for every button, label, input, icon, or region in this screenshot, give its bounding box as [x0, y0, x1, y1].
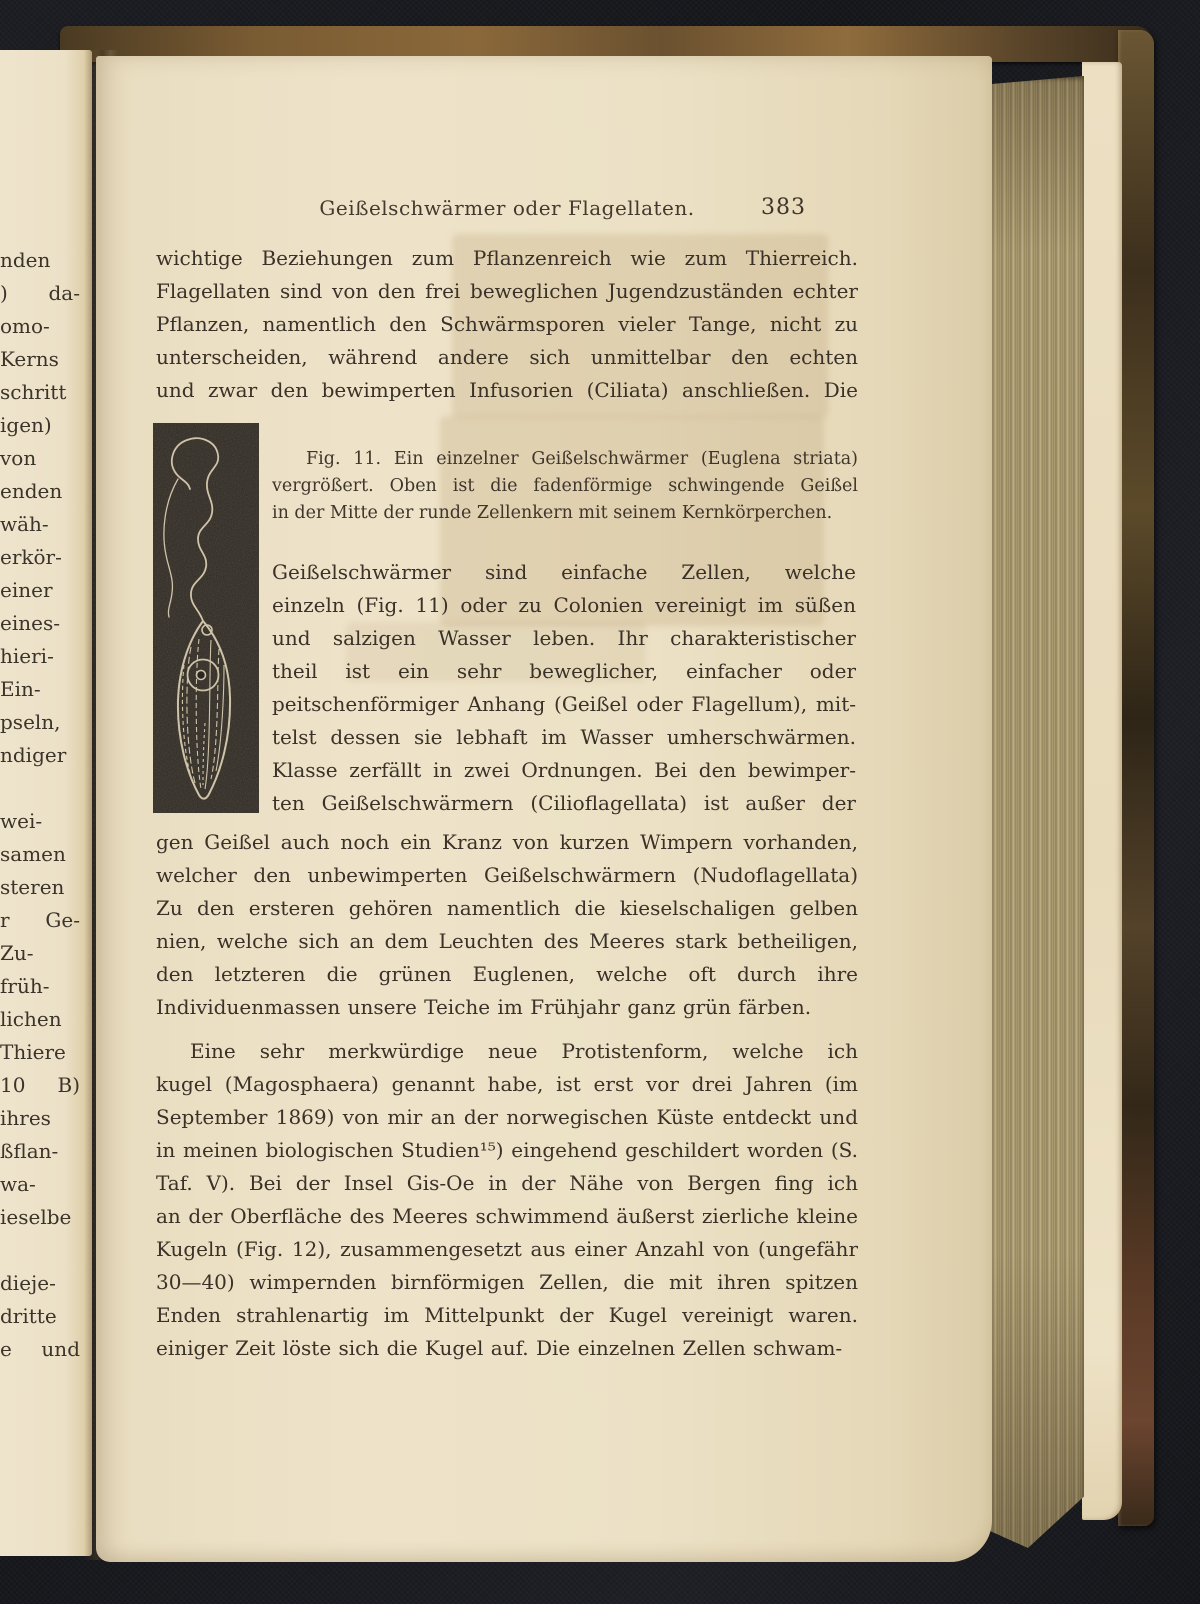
text-line: den letzteren die grünen Euglenen, welch…: [156, 958, 858, 991]
text-line: an der Oberfläche des Meeres schwimmend …: [156, 1200, 858, 1233]
text-line: enden: [0, 475, 80, 508]
book-page-383: Geißelschwärmer oder Flagellaten. 383 wi…: [96, 56, 992, 1562]
text-line: Fig. 11. Ein einzelner Geißelschwärmer (…: [272, 446, 858, 473]
text-line: einer: [0, 574, 80, 607]
text-line: erkör-: [0, 541, 80, 574]
text-line: welcher den unbewimperten Geißelschwärme…: [156, 859, 858, 892]
text-line: ßflan-: [0, 1135, 80, 1168]
text-line: 30—40) wimpernden birnförmigen Zellen, d…: [156, 1266, 858, 1299]
book-cover-right-edge: [1118, 30, 1154, 1526]
text-line: ihres: [0, 1102, 80, 1135]
text-line: Kugeln (Fig. 12), zusammengesetzt aus ei…: [156, 1233, 858, 1266]
text-line: [0, 1234, 80, 1267]
text-line: hieri-: [0, 640, 80, 673]
text-line: Flagellaten sind von den frei bewegliche…: [156, 275, 858, 308]
text-line: e und: [0, 1333, 80, 1366]
text-line: ten Geißelschwärmern (Cilioflagellata) i…: [272, 787, 856, 820]
text-line: und zwar den bewimperten Infusorien (Cil…: [156, 374, 858, 407]
text-line: lichen: [0, 1003, 80, 1036]
euglena-illustration: [153, 423, 259, 813]
text-line: einzeln (Fig. 11) oder zu Colonien verei…: [272, 589, 856, 622]
text-line: 10 B): [0, 1069, 80, 1102]
text-line: in der Mitte der runde Zellenkern mit se…: [272, 500, 858, 527]
text-line: Zu-: [0, 937, 80, 970]
text-line: Taf. V). Bei der Insel Gis-Oe in der Näh…: [156, 1167, 858, 1200]
text-line: von: [0, 442, 80, 475]
endpaper-sliver: [1082, 62, 1122, 1520]
text-line: steren: [0, 871, 80, 904]
previous-page-partial: nden) da-omo-Kernsschrittigen)vonendenwä…: [0, 50, 92, 1556]
previous-page-text-fragments: nden) da-omo-Kernsschrittigen)vonendenwä…: [0, 244, 80, 1366]
text-line: früh-: [0, 970, 80, 1003]
text-line: Enden strahlenartig im Mittelpunkt der K…: [156, 1299, 858, 1332]
text-line: theil ist ein sehr beweglicher, einfache…: [272, 655, 856, 688]
text-line: Zu den ersteren gehören namentlich die k…: [156, 892, 858, 925]
text-line: dritte: [0, 1300, 80, 1333]
text-line: vergrößert. Oben ist die fadenförmige sc…: [272, 473, 858, 500]
text-line: wa-: [0, 1168, 80, 1201]
chapter-heading: Geißelschwärmer oder Flagellaten.: [319, 196, 694, 220]
text-line: unterscheiden, während andere sich unmit…: [156, 341, 858, 374]
text-line: Pflanzen, namentlich den Schwärmsporen v…: [156, 308, 858, 341]
text-line: eines-: [0, 607, 80, 640]
paragraph-intro: wichtige Beziehungen zum Pflanzenreich w…: [156, 242, 858, 407]
text-line: telst dessen sie lebhaft im Wasser umher…: [272, 721, 856, 754]
text-line: in meinen biologischen Studien¹⁵) eingeh…: [156, 1134, 858, 1167]
text-line: ndiger: [0, 739, 80, 772]
text-line: Kerns: [0, 343, 80, 376]
text-line: einiger Zeit löste sich die Kugel auf. D…: [156, 1332, 858, 1365]
text-line: September 1869) von mir an der norwegisc…: [156, 1101, 858, 1134]
text-line: ieselbe: [0, 1201, 80, 1234]
text-line: und salzigen Wasser leben. Ihr charakter…: [272, 622, 856, 655]
text-line: nien, welche sich an dem Leuchten des Me…: [156, 925, 858, 958]
woodcut-grain: [153, 423, 259, 813]
text-line: kugel (Magosphaera) genannt habe, ist er…: [156, 1068, 858, 1101]
text-line: ) da-: [0, 277, 80, 310]
text-line: peitschenförmiger Anhang (Geißel oder Fl…: [272, 688, 856, 721]
text-line: pseln,: [0, 706, 80, 739]
text-line: wäh-: [0, 508, 80, 541]
paragraph-beside-figure: Geißelschwärmer sind einfache Zellen, we…: [272, 556, 856, 820]
text-line: dieje-: [0, 1267, 80, 1300]
text-line: Klasse zerfällt in zwei Ordnungen. Bei d…: [272, 754, 856, 787]
nucleolus: [197, 671, 206, 680]
text-line: omo-: [0, 310, 80, 343]
running-head: Geißelschwärmer oder Flagellaten. 383: [156, 196, 858, 226]
text-line: [0, 772, 80, 805]
text-line: wichtige Beziehungen zum Pflanzenreich w…: [156, 242, 858, 275]
text-line: Geißelschwärmer sind einfache Zellen, we…: [272, 556, 856, 589]
text-line: gen Geißel auch noch ein Kranz von kurze…: [156, 826, 858, 859]
page-number: 383: [761, 195, 806, 220]
fanned-page-edges: [982, 76, 1084, 1548]
figure-11-caption: Fig. 11. Ein einzelner Geißelschwärmer (…: [272, 446, 858, 527]
paragraph-continuation: gen Geißel auch noch ein Kranz von kurze…: [156, 826, 858, 1024]
figure-11-euglena-woodcut: [153, 423, 259, 813]
text-line: schritt: [0, 376, 80, 409]
text-line: igen): [0, 409, 80, 442]
text-line: Ein-: [0, 673, 80, 706]
paragraph-magosphaera: Eine sehr merkwürdige neue Protistenform…: [156, 1035, 858, 1365]
text-line: Thiere: [0, 1036, 80, 1069]
text-line: Eine sehr merkwürdige neue Protistenform…: [156, 1035, 858, 1068]
open-book-photograph: nden) da-omo-Kernsschrittigen)vonendenwä…: [0, 0, 1200, 1604]
text-line: samen: [0, 838, 80, 871]
text-line: r Ge-: [0, 904, 80, 937]
text-line: nden: [0, 244, 80, 277]
text-line: Individuenmassen unsere Teiche im Frühja…: [156, 991, 858, 1024]
text-line: wei-: [0, 805, 80, 838]
